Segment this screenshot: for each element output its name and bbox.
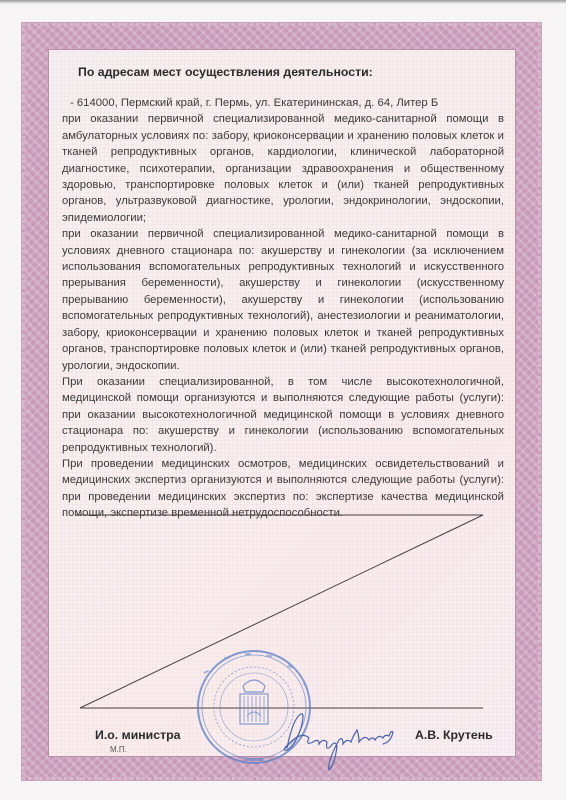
scan-edge-shadow	[0, 0, 566, 4]
document-title: По адресам мест осуществления деятельнос…	[78, 65, 373, 79]
address-line: - 614000, Пермский край, г. Пермь, ул. Е…	[62, 95, 504, 111]
handwritten-signature	[275, 700, 415, 780]
paragraph-day-hospital-services: при оказании первичной специализированно…	[62, 226, 504, 374]
paragraph-medical-examinations: При проведении медицинских осмотров, мед…	[62, 456, 504, 522]
paragraph-high-tech-services: При оказании специализированной, в том ч…	[62, 374, 504, 456]
document-body: - 614000, Пермский край, г. Пермь, ул. Е…	[62, 95, 504, 522]
signatory-position: И.о. министра	[95, 728, 180, 742]
seal-place-label: М.П.	[110, 745, 127, 754]
signatory-name: А.В. Крутень	[415, 728, 493, 742]
paragraph-outpatient-services: при оказании первичной специализированно…	[62, 111, 504, 226]
